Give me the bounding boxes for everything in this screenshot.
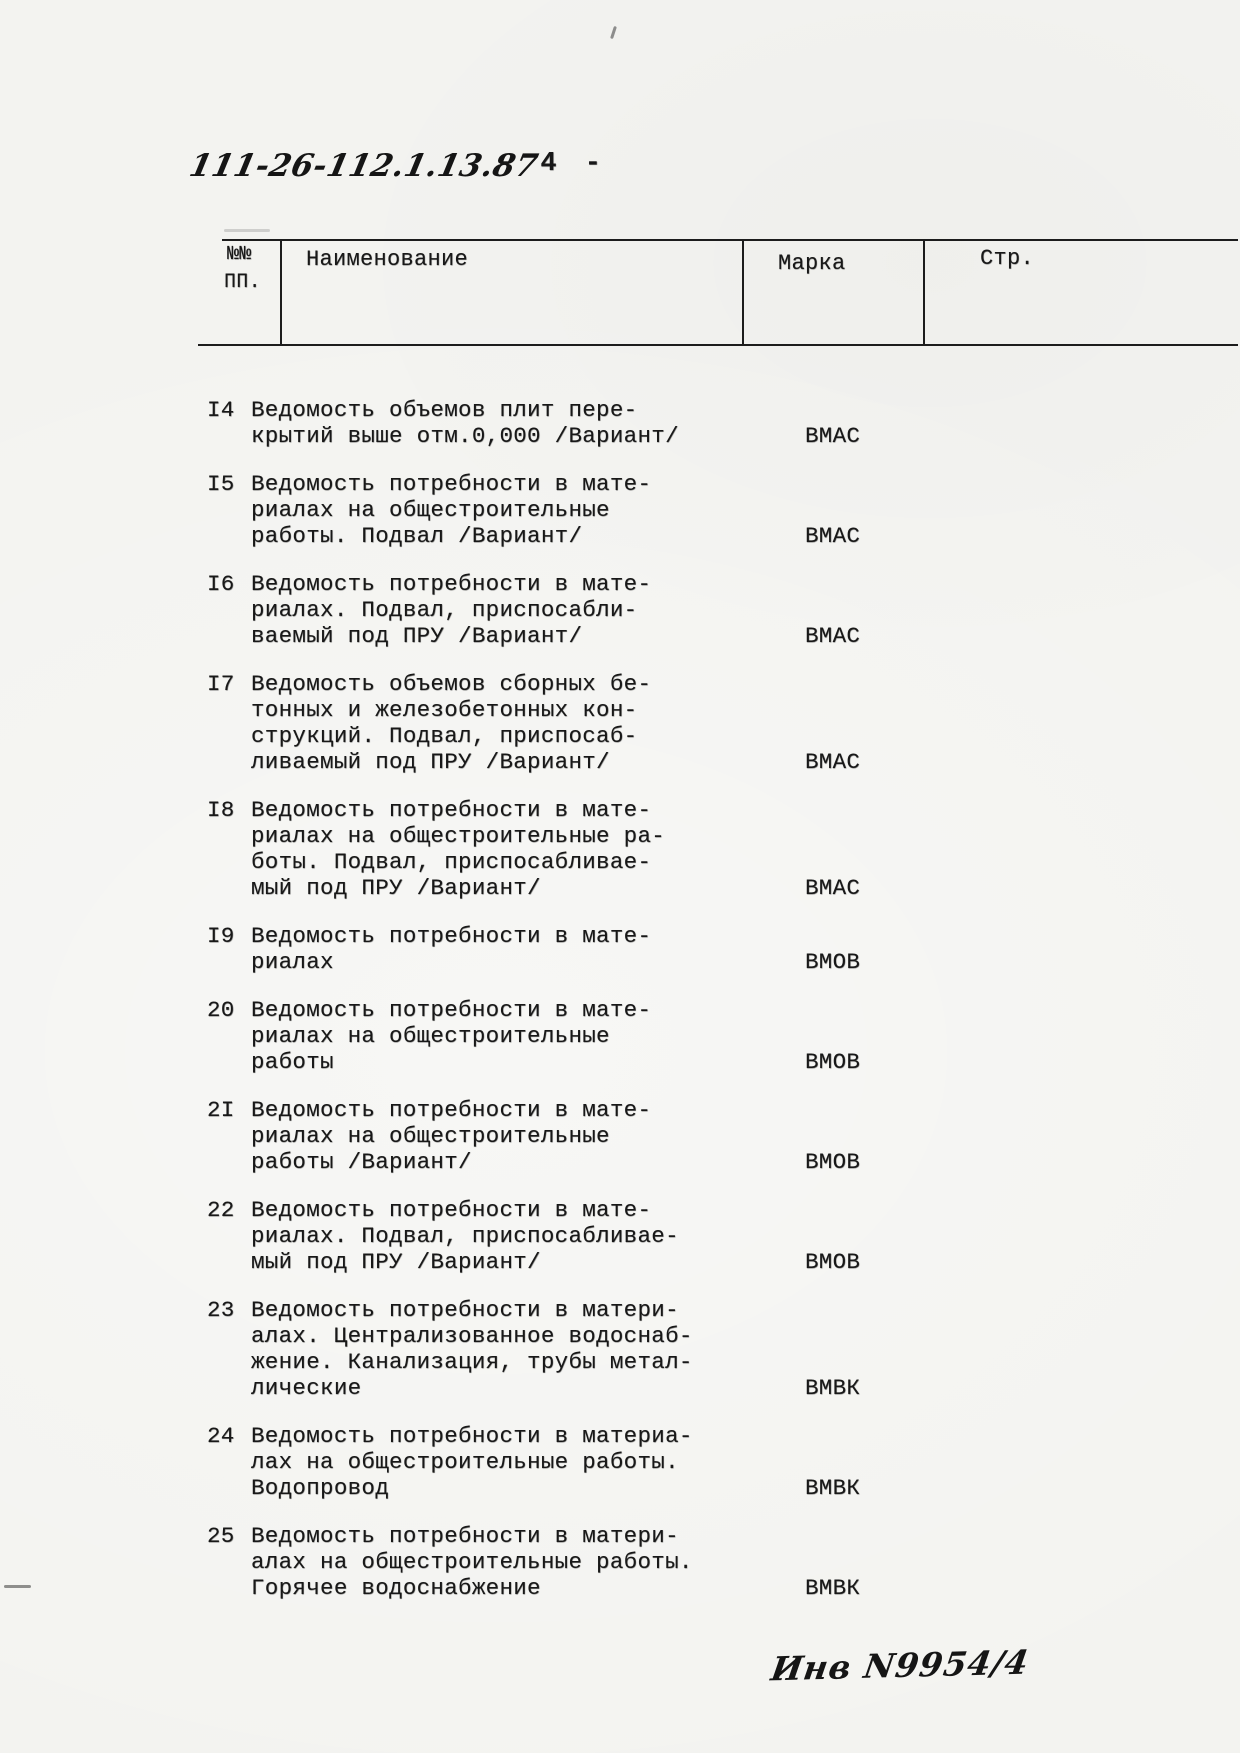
item-mark: ВМОВ	[805, 1149, 860, 1175]
item-title: Ведомость объемов плит пере-крытий выше …	[251, 397, 1197, 449]
item-number: I5	[207, 471, 235, 497]
doc-number-handwritten: 111-26-112.1.13.87	[186, 148, 541, 184]
item-title: Ведомость потребности в матери-алах на о…	[251, 1523, 1197, 1601]
table-row: I9 Ведомость потребности в мате-риалах В…	[207, 923, 1197, 975]
table-row: 22 Ведомость потребности в мате-риалах. …	[207, 1197, 1197, 1275]
table-row: I5 Ведомость потребности в мате-риалах н…	[207, 471, 1197, 549]
table-row: 2I Ведомость потребности в мате-риалах н…	[207, 1097, 1197, 1175]
table-row: 25 Ведомость потребности в матери-алах н…	[207, 1523, 1197, 1601]
item-mark: ВМАС	[805, 875, 860, 901]
column-header-no-line2: ПП.	[224, 271, 261, 294]
item-number: I7	[207, 671, 235, 697]
item-number: 23	[207, 1297, 235, 1323]
item-mark: ВМАС	[805, 523, 860, 549]
item-number: 24	[207, 1423, 235, 1449]
item-title: Ведомость потребности в мате-риалах на о…	[251, 997, 1197, 1075]
table-divider-no-name	[280, 240, 282, 345]
item-mark: ВМВК	[805, 1375, 860, 1401]
table-divider-mark-page	[923, 240, 925, 345]
item-number: I8	[207, 797, 235, 823]
table-row: I8 Ведомость потребности в мате-риалах н…	[207, 797, 1197, 901]
table-border-bottom	[198, 344, 1238, 346]
item-title: Ведомость потребности в мате-риалах. Под…	[251, 1197, 1197, 1275]
item-number: I4	[207, 397, 235, 423]
item-mark: ВМВК	[805, 1475, 860, 1501]
item-number: I6	[207, 571, 235, 597]
scan-artifact-smudge	[224, 229, 270, 232]
item-mark: ВМАС	[805, 423, 860, 449]
item-number: 20	[207, 997, 235, 1023]
scan-artifact-mark	[610, 26, 617, 39]
item-number: 25	[207, 1523, 235, 1549]
table-row: I4 Ведомость объемов плит пере-крытий вы…	[207, 397, 1197, 449]
item-mark: ВМАС	[805, 623, 860, 649]
column-header-name: Наименование	[306, 247, 468, 272]
items-list: I4 Ведомость объемов плит пере-крытий вы…	[207, 397, 1197, 1623]
item-mark: ВМОВ	[805, 1049, 860, 1075]
item-title: Ведомость потребности в мате-риалах на о…	[251, 1097, 1197, 1175]
item-number: 22	[207, 1197, 235, 1223]
item-title: Ведомость потребности в материа-лах на о…	[251, 1423, 1197, 1501]
inventory-note-handwritten: Инв N9954/4	[769, 1643, 1032, 1689]
page-number: - 4 -	[496, 149, 607, 179]
item-title: Ведомость потребности в матери-алах. Цен…	[251, 1297, 1197, 1401]
table-row: I7 Ведомость объемов сборных бе-тонных и…	[207, 671, 1197, 775]
table-border-top	[222, 239, 1238, 241]
column-header-mark: Марка	[778, 251, 846, 276]
column-header-page: Стр.	[980, 246, 1034, 271]
item-title: Ведомость потребности в мате-риалах. Под…	[251, 571, 1197, 649]
table-row: I6 Ведомость потребности в мате-риалах. …	[207, 571, 1197, 649]
item-number: I9	[207, 923, 235, 949]
item-mark: ВМОВ	[805, 949, 860, 975]
item-number: 2I	[207, 1097, 235, 1123]
item-mark: ВМАС	[805, 749, 860, 775]
item-title: Ведомость потребности в мате-риалах	[251, 923, 1197, 975]
item-title: Ведомость потребности в мате-риалах на о…	[251, 471, 1197, 549]
item-title: Ведомость потребности в мате-риалах на о…	[251, 797, 1197, 901]
item-mark: ВМОВ	[805, 1249, 860, 1275]
scan-artifact-dash	[4, 1585, 31, 1588]
table-divider-name-mark	[742, 240, 744, 345]
document-page: 111-26-112.1.13.87 - 4 - №№ ПП. Наименов…	[0, 0, 1240, 1753]
column-header-no-line1: №№	[227, 243, 252, 266]
table-row: 20 Ведомость потребности в мате-риалах н…	[207, 997, 1197, 1075]
table-row: 24 Ведомость потребности в материа-лах н…	[207, 1423, 1197, 1501]
item-title: Ведомость объемов сборных бе-тонных и же…	[251, 671, 1197, 775]
item-mark: ВМВК	[805, 1575, 860, 1601]
table-row: 23 Ведомость потребности в матери-алах. …	[207, 1297, 1197, 1401]
